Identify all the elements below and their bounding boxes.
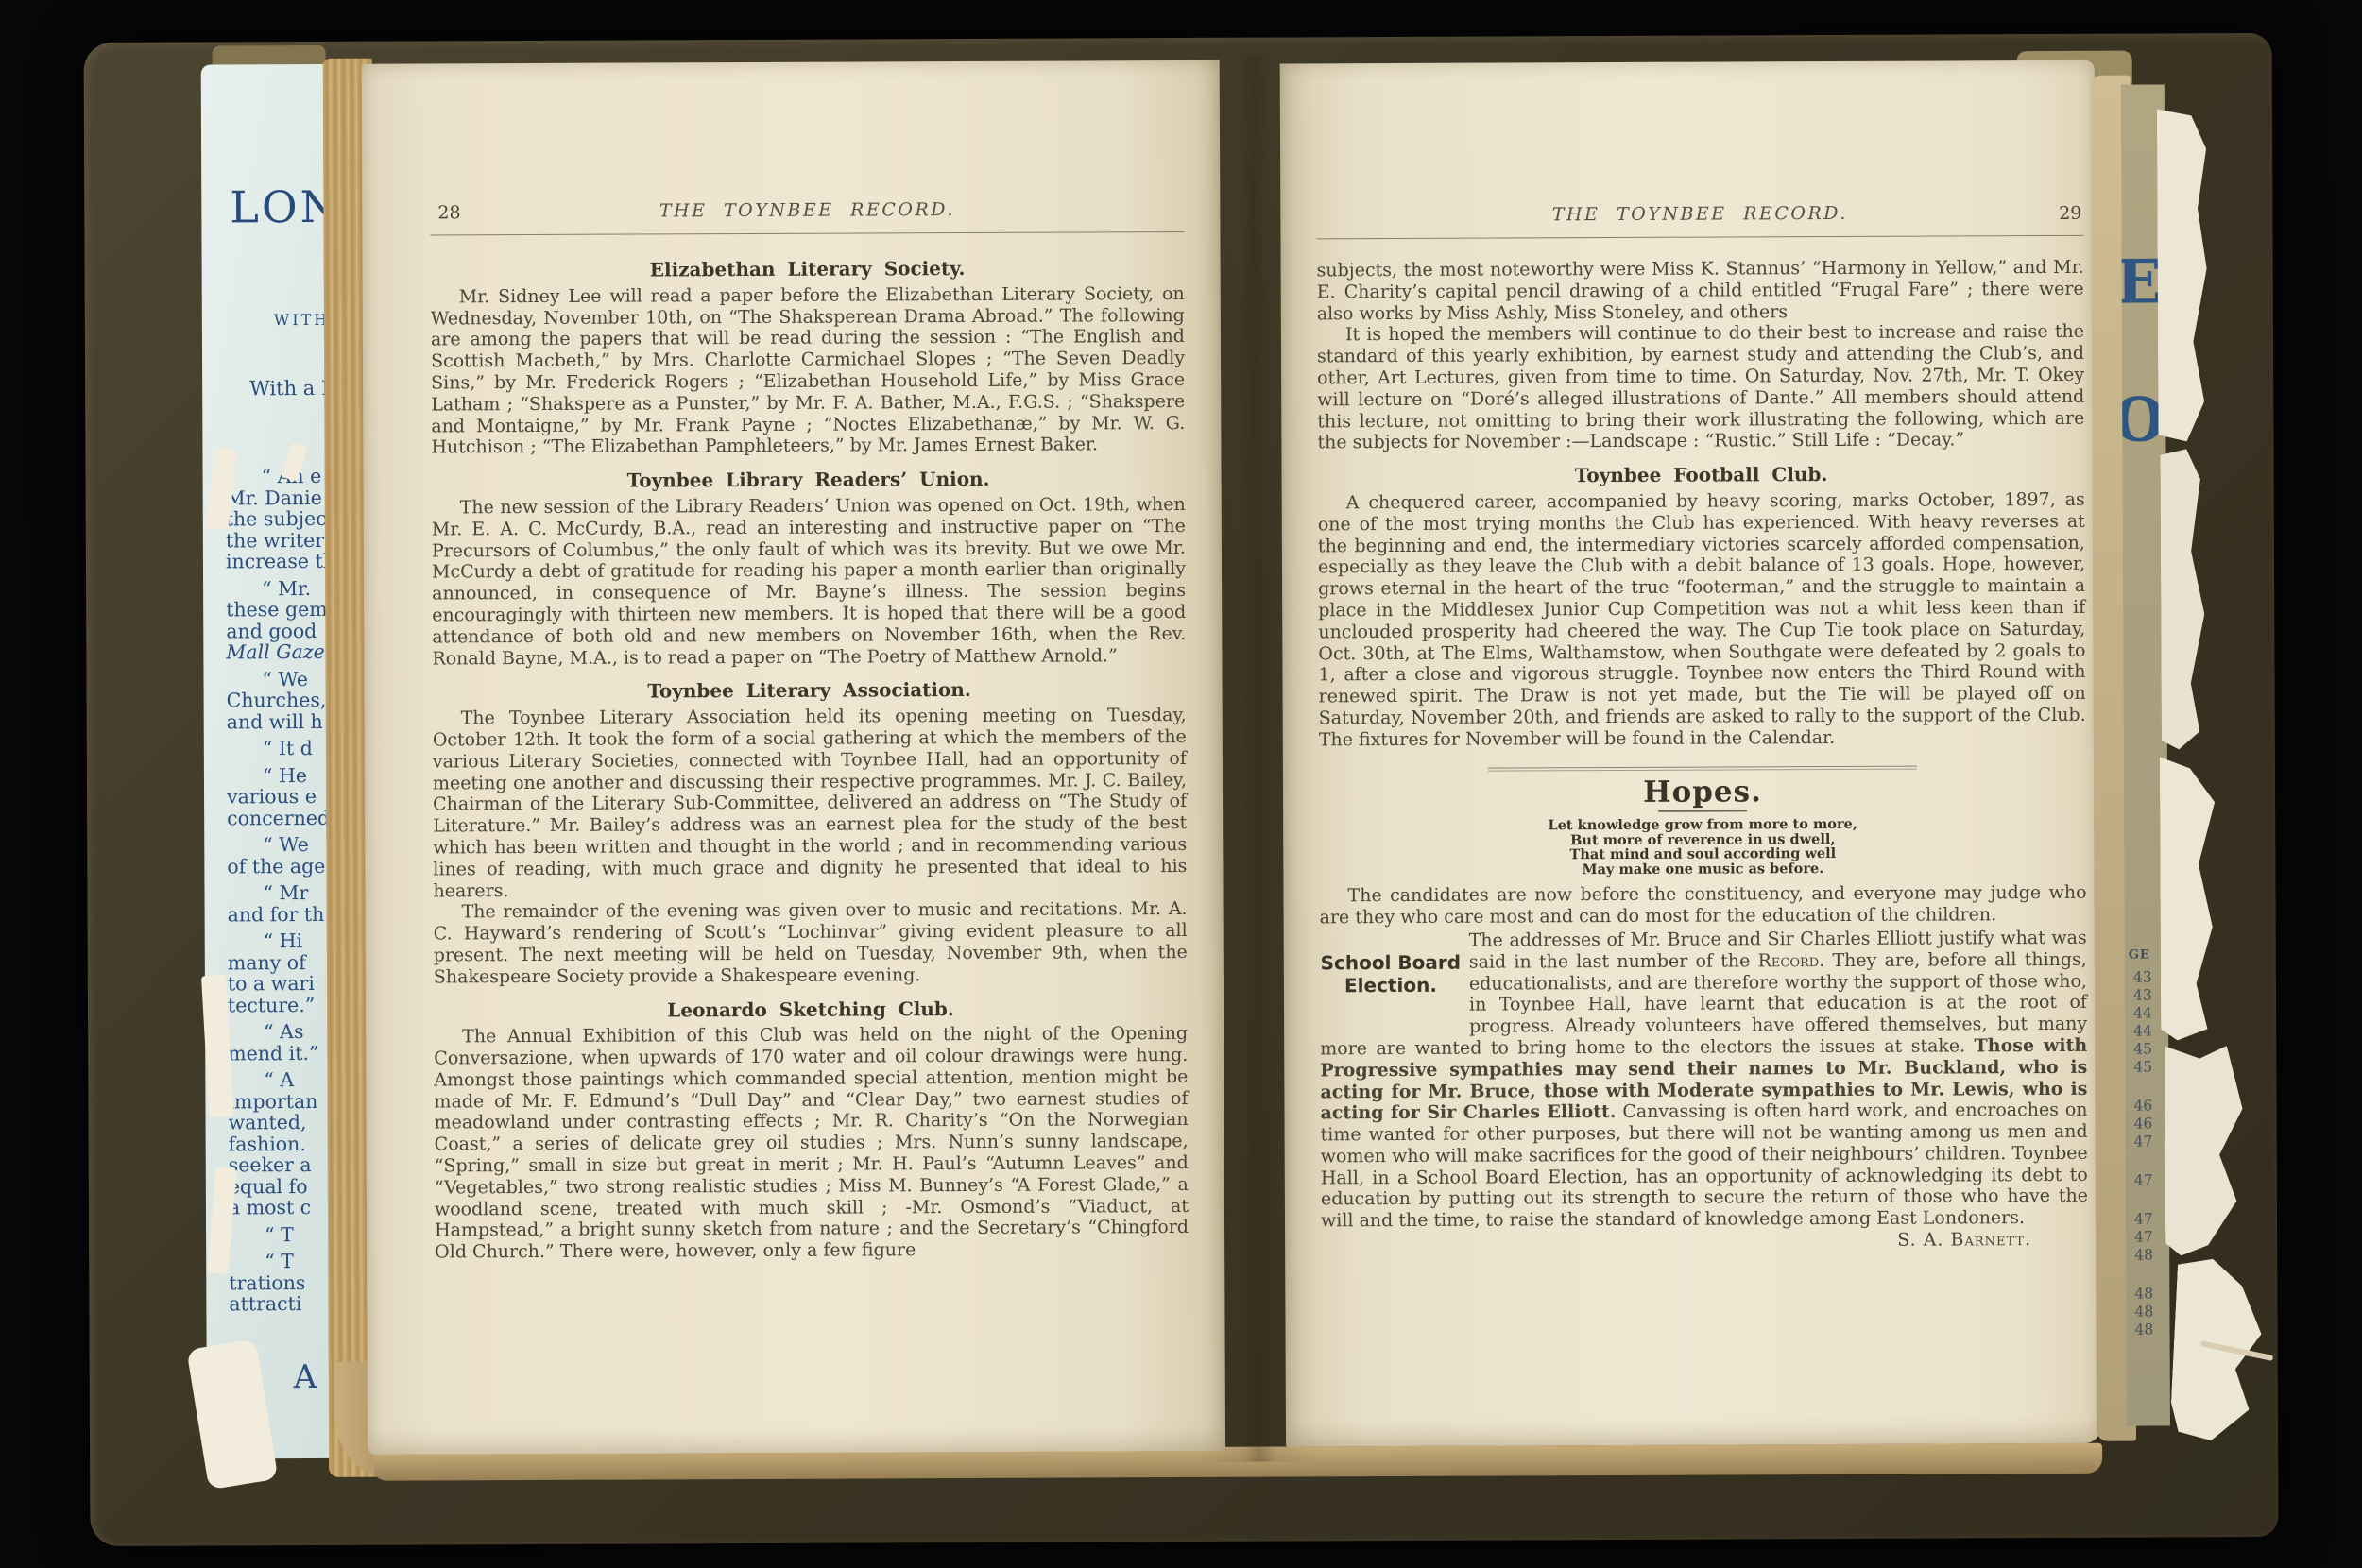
fragment-line: importan xyxy=(228,1090,330,1112)
left-running-head-row: 28 THE TOYNBEE RECORD. xyxy=(430,198,1184,226)
fragment-group: “ Hevarious econcerned xyxy=(204,764,329,828)
sidehead-line: Election. xyxy=(1320,974,1462,997)
verse: Let knowledge grow from more to more,But… xyxy=(1319,816,2086,878)
underlay-title-fragment: LON xyxy=(230,181,326,232)
paragraph: The Toynbee Literary Association held it… xyxy=(433,705,1188,902)
head-rule xyxy=(430,231,1184,235)
sidehead: School BoardElection. xyxy=(1320,930,1469,1020)
fragment-line: of the age xyxy=(227,855,329,877)
fragment-group: “ Mr.these gemand goodMall Gaze xyxy=(203,577,328,663)
fragment-line: “ T xyxy=(265,1223,331,1245)
fore-edge-page-number: 48 xyxy=(2134,1286,2153,1304)
fore-edge-page-number: 48 xyxy=(2134,1321,2153,1339)
right-page-number: 29 xyxy=(2059,203,2081,225)
left-page: 28 THE TOYNBEE RECORD. Elizabethan Liter… xyxy=(362,60,1225,1455)
fragment-group: “ Mrand for th xyxy=(204,882,329,926)
fore-edge-page-number: 46 xyxy=(2134,1116,2153,1133)
text-segment: A chequered career, accompanied by heavy… xyxy=(1318,489,2086,750)
fragment-line: “ A xyxy=(264,1069,330,1091)
running-head: THE TOYNBEE RECORD. xyxy=(430,198,1184,223)
left-page-content: 28 THE TOYNBEE RECORD. Elizabethan Liter… xyxy=(430,198,1189,1264)
section-heading: Leonardo Sketching Club. xyxy=(434,997,1188,1021)
page-number-group: 484848 xyxy=(2134,1286,2153,1339)
section-heading: Toynbee Football Club. xyxy=(1318,463,2085,487)
fragment-line: concerned xyxy=(227,807,329,828)
fragment-line: the subject xyxy=(226,508,328,530)
torn-page-edge xyxy=(2157,109,2208,441)
paragraph: The candidates are now before the consti… xyxy=(1319,882,2086,929)
underlay-caps-fragment: WITH xyxy=(274,311,327,329)
fragment-line: and will h xyxy=(227,710,329,732)
fragment-line: “ Hi xyxy=(264,930,330,952)
fragment-line: trations xyxy=(229,1271,331,1293)
fragment-line: equal fo xyxy=(229,1175,331,1197)
section-heading: Toynbee Library Readers’ Union. xyxy=(432,468,1186,492)
head-rule xyxy=(1316,235,2083,240)
fragment-line: “ It d xyxy=(263,738,329,759)
paragraph: The Annual Exhibition of this Club was h… xyxy=(434,1023,1189,1263)
fragment-line: the writer’ xyxy=(226,529,328,551)
fragment-line: “ We xyxy=(263,834,329,856)
fragment-group: “ It d xyxy=(204,738,329,759)
right-page-content: THE TOYNBEE RECORD. 29 subjects, the mos… xyxy=(1316,202,2088,1253)
fragment-line: seeker a xyxy=(229,1154,331,1176)
fragment-line: tecture.” xyxy=(228,994,330,1015)
paragraph: It is hoped the members will continue to… xyxy=(1317,321,2085,453)
fore-edge-page-number: 43 xyxy=(2133,987,2152,1005)
sidehead-line: School Board xyxy=(1320,951,1462,975)
fore-edge-page-number: 46 xyxy=(2133,1098,2152,1116)
text-segment: subjects, the most noteworthy were Miss … xyxy=(1317,257,2084,324)
fore-edge-page-number: 47 xyxy=(2134,1133,2153,1151)
fore-edge-page-number: 44 xyxy=(2133,1023,2152,1041)
fragment-line: to a wari xyxy=(228,973,330,995)
fore-edge-letter-fragment: E xyxy=(2121,247,2163,317)
fore-edge-page-numbers: 43434444454546464747474748484848 xyxy=(2133,969,2153,1339)
fore-edge-page-number: 43 xyxy=(2133,969,2152,987)
fragment-group: “ WeChurches,and will h xyxy=(203,668,328,732)
fore-edge-page-number: 45 xyxy=(2133,1059,2152,1077)
running-head: THE TOYNBEE RECORD. xyxy=(1316,202,2083,227)
paragraph: subjects, the most noteworthy were Miss … xyxy=(1317,257,2084,325)
fragment-line: “ T xyxy=(265,1251,331,1272)
verse-line: May make one music as before. xyxy=(1319,861,2086,878)
fragment-line: “ We xyxy=(262,668,328,690)
fragment-line: “ As xyxy=(264,1021,330,1043)
fore-edge-page-label: GE xyxy=(2129,948,2150,963)
page-number-group: 434344444545 xyxy=(2133,969,2152,1077)
hopes-title: Hopes. xyxy=(1319,779,2086,804)
open-book-photo: LON WITH With a Maj “ An eMr. Daniethe s… xyxy=(0,0,2362,1568)
underlay-letter-a: A xyxy=(294,1357,332,1395)
section-heading: Elizabethan Literary Society. xyxy=(431,257,1185,281)
fragment-line: Mall Gaze xyxy=(226,641,328,663)
text-segment: The candidates are now before the consti… xyxy=(1320,882,2087,928)
fragment-group: “ Weof the age xyxy=(204,834,329,878)
fragment-line: and for th xyxy=(228,903,330,925)
fore-edge-page-number: 48 xyxy=(2134,1304,2153,1321)
fore-edge-page-number: 44 xyxy=(2133,1005,2152,1023)
text-segment: It is hoped the members will continue to… xyxy=(1317,321,2084,453)
underlay-subtitle-fragment: With a Maj xyxy=(249,377,327,400)
fragment-line: attracti xyxy=(229,1293,331,1315)
fore-edge-page-number: 45 xyxy=(2133,1041,2152,1059)
fragment-line: “ Mr xyxy=(263,882,329,904)
fragment-line: “ He xyxy=(263,764,329,786)
fragment-line: these gem xyxy=(226,599,328,621)
fragment-line: wanted, xyxy=(229,1112,331,1133)
title-underline xyxy=(1658,810,1747,812)
text-segment: Record. xyxy=(1758,950,1825,971)
left-page-sections: Elizabethan Literary Society.Mr. Sidney … xyxy=(431,257,1190,1264)
fragment-line: various e xyxy=(227,786,329,808)
page-number-group: 47 xyxy=(2134,1172,2153,1190)
section-heading: Toynbee Literary Association. xyxy=(433,678,1187,703)
fragment-line: many of xyxy=(228,951,330,973)
paragraph: Mr. Sidney Lee will read a paper before … xyxy=(431,283,1186,459)
page-number-group: 464647 xyxy=(2133,1098,2152,1151)
fragment-line: “ Mr. xyxy=(262,577,328,599)
fragment-line: Churches, xyxy=(227,690,329,711)
fragment-line: increase th xyxy=(226,551,328,572)
fragment-line: and good xyxy=(226,620,328,641)
fragment-line: fashion. xyxy=(229,1133,331,1154)
right-page-blocks: subjects, the most noteworthy were Miss … xyxy=(1317,257,2088,1233)
right-page: THE TOYNBEE RECORD. 29 subjects, the mos… xyxy=(1280,60,2100,1447)
section-divider xyxy=(1488,765,1918,771)
paragraph: The remainder of the evening was given o… xyxy=(434,898,1188,988)
right-running-head-row: THE TOYNBEE RECORD. 29 xyxy=(1316,202,2083,230)
fragment-line: mend it.” xyxy=(228,1042,330,1064)
signature: S. A. Barnett. xyxy=(1897,1229,2088,1252)
fore-edge-page-number: 47 xyxy=(2134,1229,2153,1247)
fore-edge-page-number: 47 xyxy=(2134,1211,2153,1229)
school-board-block: School BoardElection.The addresses of Mr… xyxy=(1320,928,2088,1233)
fore-edge-page-number: 47 xyxy=(2134,1172,2153,1190)
paragraph: The new session of the Library Readers’ … xyxy=(432,494,1187,670)
page-number-group: 474748 xyxy=(2134,1211,2153,1265)
left-page-number: 28 xyxy=(437,202,460,224)
fragment-line: a most c xyxy=(229,1197,331,1219)
fore-edge-page-number: 48 xyxy=(2134,1247,2153,1265)
fragment-line: Mr. Danie xyxy=(226,486,328,508)
paragraph: A chequered career, accompanied by heavy… xyxy=(1318,489,2086,751)
